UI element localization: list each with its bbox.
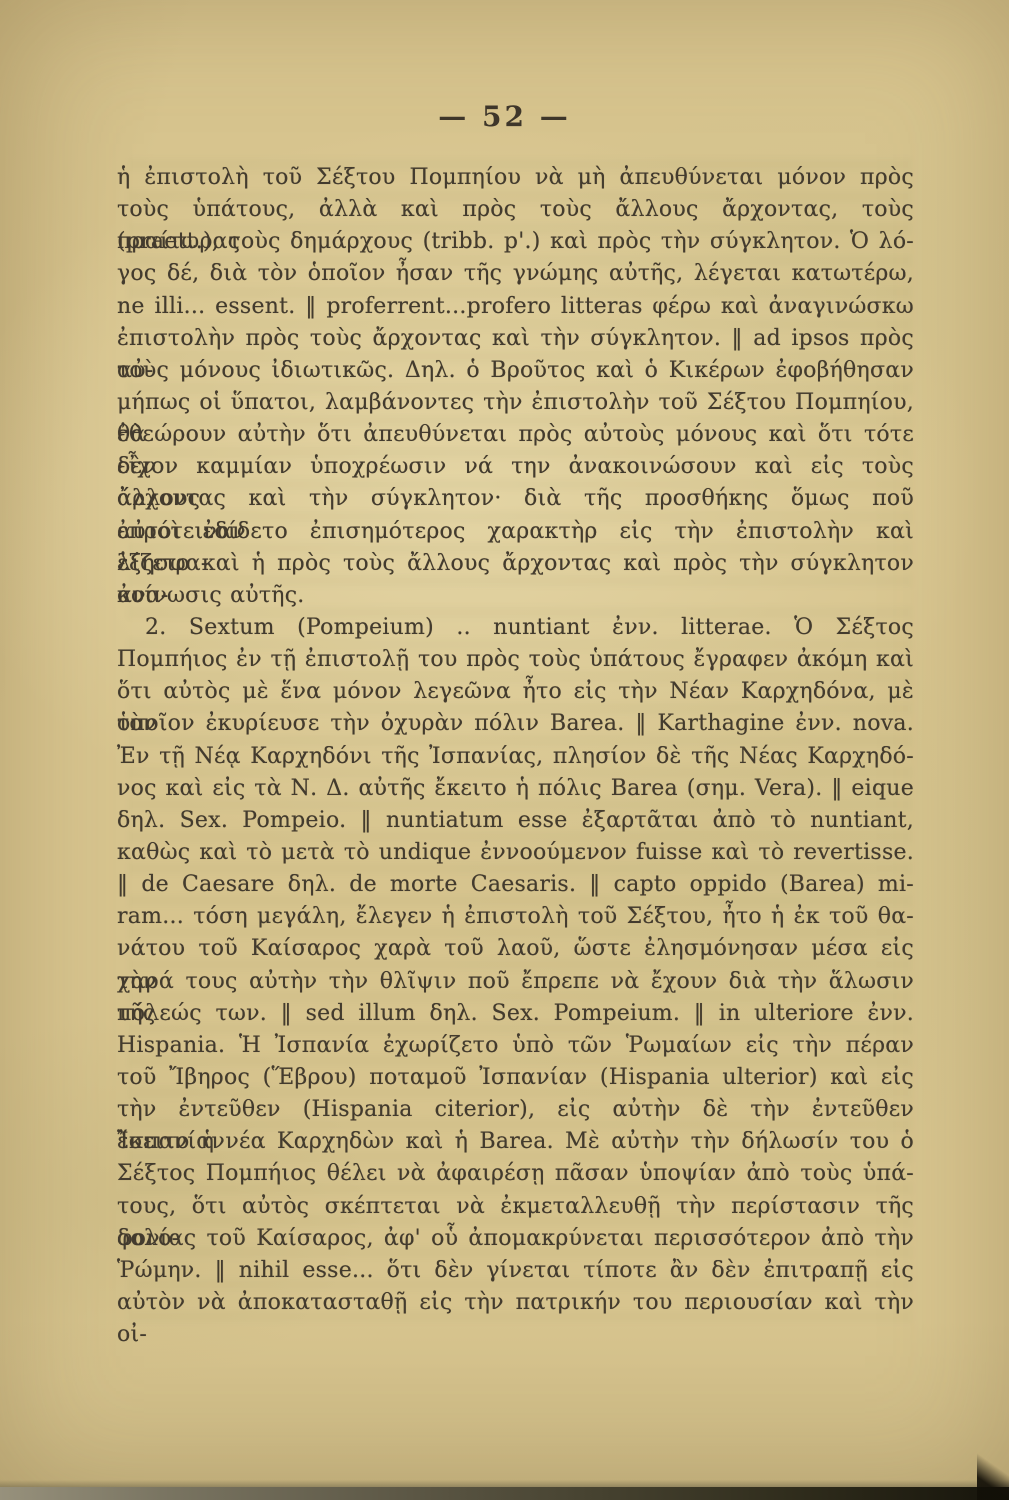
text-line: Hispania. Ἡ Ἰσπανία ἐχωρίζετο ὑπὸ τῶν Ῥω… [117,1030,914,1062]
page-bottom-edge [0,1487,1009,1500]
text-line: καθὼς καὶ τὸ μετὰ τὸ undique ἐννοούμενον… [117,837,914,869]
page-bottom-edge-shadow [0,1480,1009,1487]
text-line: τοὺς ὑπάτους, ἀλλὰ καὶ πρὸς τοὺς ἄλλους … [117,194,914,226]
text-line: τοῦ Ἴβηρος (Ἕβρου) ποταμοῦ Ἰσπανίαν (His… [117,1062,914,1094]
text-line: Ἐν τῇ Νέᾳ Καρχηδόνι τῆς Ἰσπανίας, πλησίο… [117,741,914,773]
text-line: τοὺς μόνους ἰδιωτικῶς. Δηλ. ὁ Βροῦτος κα… [117,355,914,387]
text-line: λίζετο καὶ ἡ πρὸς τοὺς ἄλλους ἄρχοντας κ… [117,548,914,580]
text-line: εἶχον καμμίαν ὑποχρέωσιν νά την ἀνακοινώ… [117,451,914,483]
text-line: ὁποῖον ἐκυρίευσε τὴν ὀχυρὰν πόλιν Barea.… [117,708,914,740]
text-line: ‖ de Caesare δηλ. de morte Caesaris. ‖ c… [117,869,914,901]
bottom-right-corner-shadow [977,1450,1009,1500]
text-line: μήπως οἱ ὕπατοι, λαμβάνοντες τὴν ἐπιστολ… [117,387,914,419]
text-line: κοίνωσις αὐτῆς. [117,580,914,612]
text-line: πόλεώς των. ‖ sed illum δηλ. Sex. Pompei… [117,998,914,1030]
text-line: ἐθεώρουν αὐτὴν ὅτι ἀπευθύνεται πρὸς αὐτο… [117,419,914,451]
text-line: τους, ὅτι αὐτὸς σκέπτεται νὰ ἐκμεταλλευθ… [117,1191,914,1223]
page-number: — 52 — [0,100,1009,133]
scanned-book-page: — 52 — ἡ ἐπιστολὴ τοῦ Σέξτου Πομπηίου νὰ… [0,0,1009,1500]
text-line: ἡ ἐπιστολὴ τοῦ Σέξτου Πομπηίου νὰ μὴ ἀπε… [117,162,914,194]
text-line: ἔκειτο ἡ νέα Καρχηδὼν καὶ ἡ Barea. Μὲ αὐ… [117,1126,914,1158]
text-line: Πομπήιος ἐν τῇ ἐπιστολῇ του πρὸς τοὺς ὑπ… [117,644,914,676]
text-block: ἡ ἐπιστολὴ τοῦ Σέξτου Πομπηίου νὰ μὴ ἀπε… [117,162,914,1319]
text-line: χαρά τους αὐτὴν τὴν θλῖψιν ποῦ ἔπρεπε νὰ… [117,966,914,998]
text-line: δηλ. Sex. Pompeio. ‖ nuntiatum esse ἐξαρ… [117,805,914,837]
text-line: ὅτι αὐτὸς μὲ ἕνα μόνον λεγεῶνα ἦτο εἰς τ… [117,676,914,708]
text-line: ram... τόση μεγάλη, ἔλεγεν ἡ ἐπιστολὴ το… [117,901,914,933]
text-line: ne illi... essent. ‖ proferrent...profer… [117,291,914,323]
text-line: (praett.), τοὺς δημάρχους (tribb. p'.) κ… [117,226,914,258]
text-line: νάτου τοῦ Καίσαρος χαρὰ τοῦ λαοῦ, ὥστε ἐ… [117,933,914,965]
text-line: νος καὶ εἰς τὰ Ν. Δ. αὐτῆς ἔκειτο ἡ πόλι… [117,773,914,805]
text-line: Ῥώμην. ‖ nihil esse... ὅτι δὲν γίνεται τ… [117,1255,914,1287]
text-line: Σέξτος Πομπήιος θέλει νὰ ἀφαιρέσῃ πᾶσαν … [117,1158,914,1190]
text-line: αὐτοὶ ἐδίδετο ἐπισημότερος χαρακτὴρ εἰς … [117,516,914,548]
text-line: ἐπιστολὴν πρὸς τοὺς ἄρχοντας καὶ τὴν σύγ… [117,323,914,355]
text-line: αὐτὸν νὰ ἀποκατασταθῇ εἰς τὴν πατρικήν τ… [117,1287,914,1319]
text-line: τὴν ἐντεῦθεν (Hispania citerior), εἰς αὐ… [117,1094,914,1126]
text-line: φονίας τοῦ Καίσαρος, ἀφ' οὗ ἀπομακρύνετα… [117,1223,914,1255]
text-line: 2. Sextum (Pompeium) .. nuntiant ἐνν. li… [117,612,914,644]
text-line: γος δέ, διὰ τὸν ὁποῖον ἦσαν τῆς γνώμης α… [117,258,914,290]
text-line: ἄρχοντας καὶ τὴν σύγκλητον· διὰ τῆς προσ… [117,483,914,515]
